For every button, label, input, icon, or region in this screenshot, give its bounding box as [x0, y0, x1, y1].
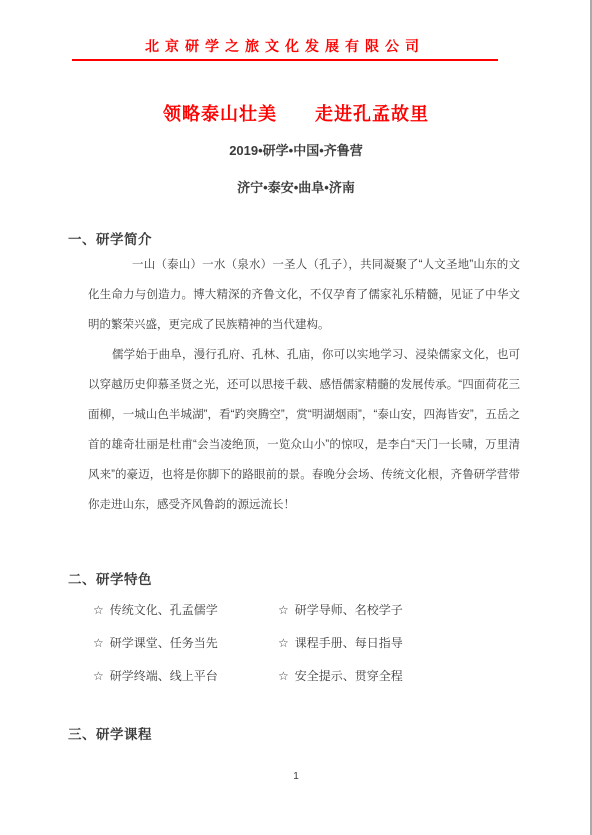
star-icon: ☆: [278, 660, 289, 693]
feature-label: 安全提示、贯穿全程: [295, 669, 403, 683]
star-icon: ☆: [278, 627, 289, 660]
section-heading-intro: 一、研学简介: [68, 228, 152, 248]
feature-label: 研学终端、线上平台: [110, 669, 218, 683]
document-title: 领略泰山壮美 走进孔孟故里: [0, 100, 592, 126]
feature-label: 研学导师、名校学子: [295, 603, 403, 617]
feature-item: ☆传统文化、孔孟儒学: [93, 594, 278, 627]
company-header: 北京研学之旅文化发展有限公司: [72, 36, 498, 56]
feature-item: ☆课程手册、每日指导: [278, 627, 493, 660]
document-subtitle-cities: 济宁•泰安•曲阜•济南: [0, 177, 592, 196]
intro-paragraph-1: 一山（泰山）一水（泉水）一圣人（孔子），共同凝聚了“人文圣地”山东的文化生命力与…: [88, 250, 520, 340]
feature-label: 研学课堂、任务当先: [110, 636, 218, 650]
star-icon: ☆: [93, 627, 104, 660]
feature-item: ☆研学导师、名校学子: [278, 594, 493, 627]
section-heading-features: 二、研学特色: [68, 568, 152, 588]
page-number: 1: [0, 771, 592, 782]
feature-item: ☆研学课堂、任务当先: [93, 627, 278, 660]
feature-item: ☆研学终端、线上平台: [93, 660, 278, 693]
features-list: ☆传统文化、孔孟儒学 ☆研学导师、名校学子 ☆研学课堂、任务当先 ☆课程手册、每…: [93, 594, 493, 693]
document-page: 北京研学之旅文化发展有限公司 领略泰山壮美 走进孔孟故里 2019•研学•中国•…: [0, 0, 592, 835]
feature-item: ☆安全提示、贯穿全程: [278, 660, 493, 693]
star-icon: ☆: [278, 594, 289, 627]
feature-label: 传统文化、孔孟儒学: [110, 603, 218, 617]
star-icon: ☆: [93, 660, 104, 693]
section-heading-courses: 三、研学课程: [68, 723, 152, 743]
intro-paragraph-2: 儒学始于曲阜，漫行孔府、孔林、孔庙，你可以实地学习、浸染儒家文化，也可以穿越历史…: [88, 340, 520, 520]
header-underline: [72, 59, 498, 61]
feature-label: 课程手册、每日指导: [295, 636, 403, 650]
document-subtitle-camp: 2019•研学•中国•齐鲁营: [0, 140, 592, 159]
star-icon: ☆: [93, 594, 104, 627]
